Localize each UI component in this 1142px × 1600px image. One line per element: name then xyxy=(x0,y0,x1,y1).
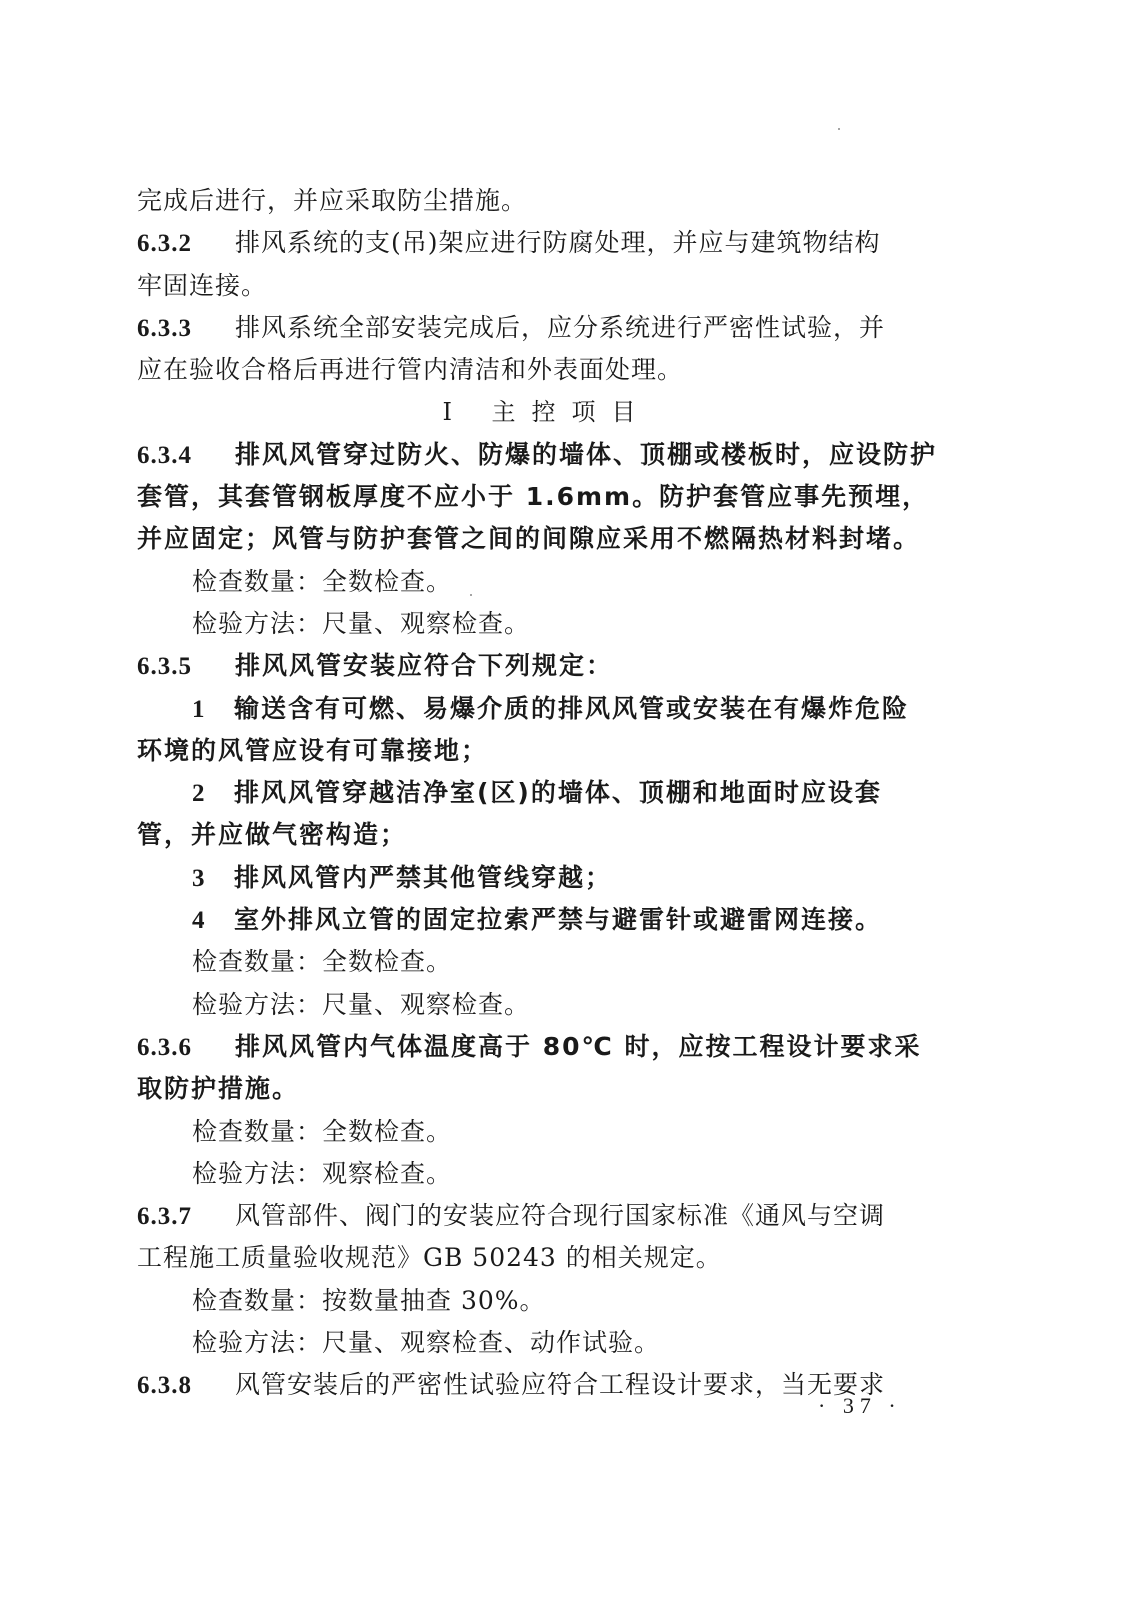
list-item-3: 3排风风管内严禁其他管线穿越； xyxy=(137,857,917,899)
inspection-quantity: 检查数量：全数检查。 xyxy=(137,941,917,983)
clause-number: 6.3.3 xyxy=(137,308,235,350)
text-line: 并应固定；风管与防护套管之间的间隙应采用不燃隔热材料封堵。 xyxy=(137,518,917,560)
text-line: 牢固连接。 xyxy=(137,265,917,307)
inspection-method: 检验方法：观察检查。 xyxy=(137,1153,917,1195)
clause-text: 排风风管穿过防火、防爆的墙体、顶棚或楼板时，应设防护 xyxy=(235,440,937,469)
text-line: 环境的风管应设有可靠接地； xyxy=(137,730,917,772)
list-item-2: 2排风风管穿越洁净室(区)的墙体、顶棚和地面时应设套 xyxy=(137,772,917,814)
section-heading: Ⅰ 主控项目 xyxy=(137,391,917,433)
item-text: 排风风管内严禁其他管线穿越； xyxy=(234,863,612,892)
text-line: 管，并应做气密构造； xyxy=(137,814,917,856)
item-number: 1 xyxy=(192,689,234,731)
clause-6-3-8: 6.3.8风管安装后的严密性试验应符合工程设计要求，当无要求 xyxy=(137,1364,917,1406)
inspection-quantity: 检查数量：全数检查。 xyxy=(137,1111,917,1153)
clause-6-3-2: 6.3.2排风系统的支(吊)架应进行防腐处理，并应与建筑物结构 xyxy=(137,222,917,264)
clause-6-3-4: 6.3.4排风风管穿过防火、防爆的墙体、顶棚或楼板时，应设防护 xyxy=(137,434,917,476)
item-number: 4 xyxy=(192,900,234,942)
scan-speck xyxy=(470,594,472,596)
clause-6-3-7: 6.3.7风管部件、阀门的安装应符合现行国家标准《通风与空调 xyxy=(137,1195,917,1237)
item-number: 2 xyxy=(192,773,234,815)
inspection-quantity: 检查数量：按数量抽查 30%。 xyxy=(137,1280,917,1322)
clause-text: 排风系统的支(吊)架应进行防腐处理，并应与建筑物结构 xyxy=(235,228,881,257)
list-item-4: 4室外排风立管的固定拉索严禁与避雷针或避雷网连接。 xyxy=(137,899,917,941)
clause-number: 6.3.7 xyxy=(137,1196,235,1238)
clause-text: 风管部件、阀门的安装应符合现行国家标准《通风与空调 xyxy=(235,1201,885,1230)
clause-number: 6.3.8 xyxy=(137,1365,235,1407)
text-line: 应在验收合格后再进行管内清洁和外表面处理。 xyxy=(137,349,917,391)
page-number: · 37 · xyxy=(818,1393,902,1419)
clause-number: 6.3.2 xyxy=(137,223,235,265)
clause-6-3-6: 6.3.6排风风管内气体温度高于 80℃ 时，应按工程设计要求采 xyxy=(137,1026,917,1068)
clause-6-3-5: 6.3.5排风风管安装应符合下列规定： xyxy=(137,645,917,687)
inspection-quantity: 检查数量：全数检查。 xyxy=(137,561,917,603)
clause-number: 6.3.5 xyxy=(137,646,235,688)
inspection-method: 检验方法：尺量、观察检查。 xyxy=(137,984,917,1026)
clause-number: 6.3.4 xyxy=(137,435,235,477)
clause-6-3-3: 6.3.3排风系统全部安装完成后，应分系统进行严密性试验，并 xyxy=(137,307,917,349)
item-text: 室外排风立管的固定拉索严禁与避雷针或避雷网连接。 xyxy=(234,905,882,934)
text-line: 完成后进行，并应采取防尘措施。 xyxy=(137,180,917,222)
item-number: 3 xyxy=(192,858,234,900)
clause-text: 排风系统全部安装完成后，应分系统进行严密性试验，并 xyxy=(235,313,885,342)
clause-text: 风管安装后的严密性试验应符合工程设计要求，当无要求 xyxy=(235,1370,885,1399)
list-item-1: 1输送含有可燃、易爆介质的排风风管或安装在有爆炸危险 xyxy=(137,688,917,730)
text-line: 工程施工质量验收规范》GB 50243 的相关规定。 xyxy=(137,1237,917,1279)
scan-speck xyxy=(838,128,840,130)
text-line: 取防护措施。 xyxy=(137,1068,917,1110)
inspection-method: 检验方法：尺量、观察检查。 xyxy=(137,603,917,645)
text-line: 套管，其套管钢板厚度不应小于 1.6mm。防护套管应事先预埋， xyxy=(137,476,917,518)
clause-text: 排风风管内气体温度高于 80℃ 时，应按工程设计要求采 xyxy=(235,1032,921,1061)
clause-text: 排风风管安装应符合下列规定： xyxy=(235,651,613,680)
document-page: 完成后进行，并应采取防尘措施。 6.3.2排风系统的支(吊)架应进行防腐处理，并… xyxy=(137,180,917,1407)
item-text: 输送含有可燃、易爆介质的排风风管或安装在有爆炸危险 xyxy=(234,694,909,723)
clause-number: 6.3.6 xyxy=(137,1027,235,1069)
inspection-method: 检验方法：尺量、观察检查、动作试验。 xyxy=(137,1322,917,1364)
item-text: 排风风管穿越洁净室(区)的墙体、顶棚和地面时应设套 xyxy=(234,778,882,807)
